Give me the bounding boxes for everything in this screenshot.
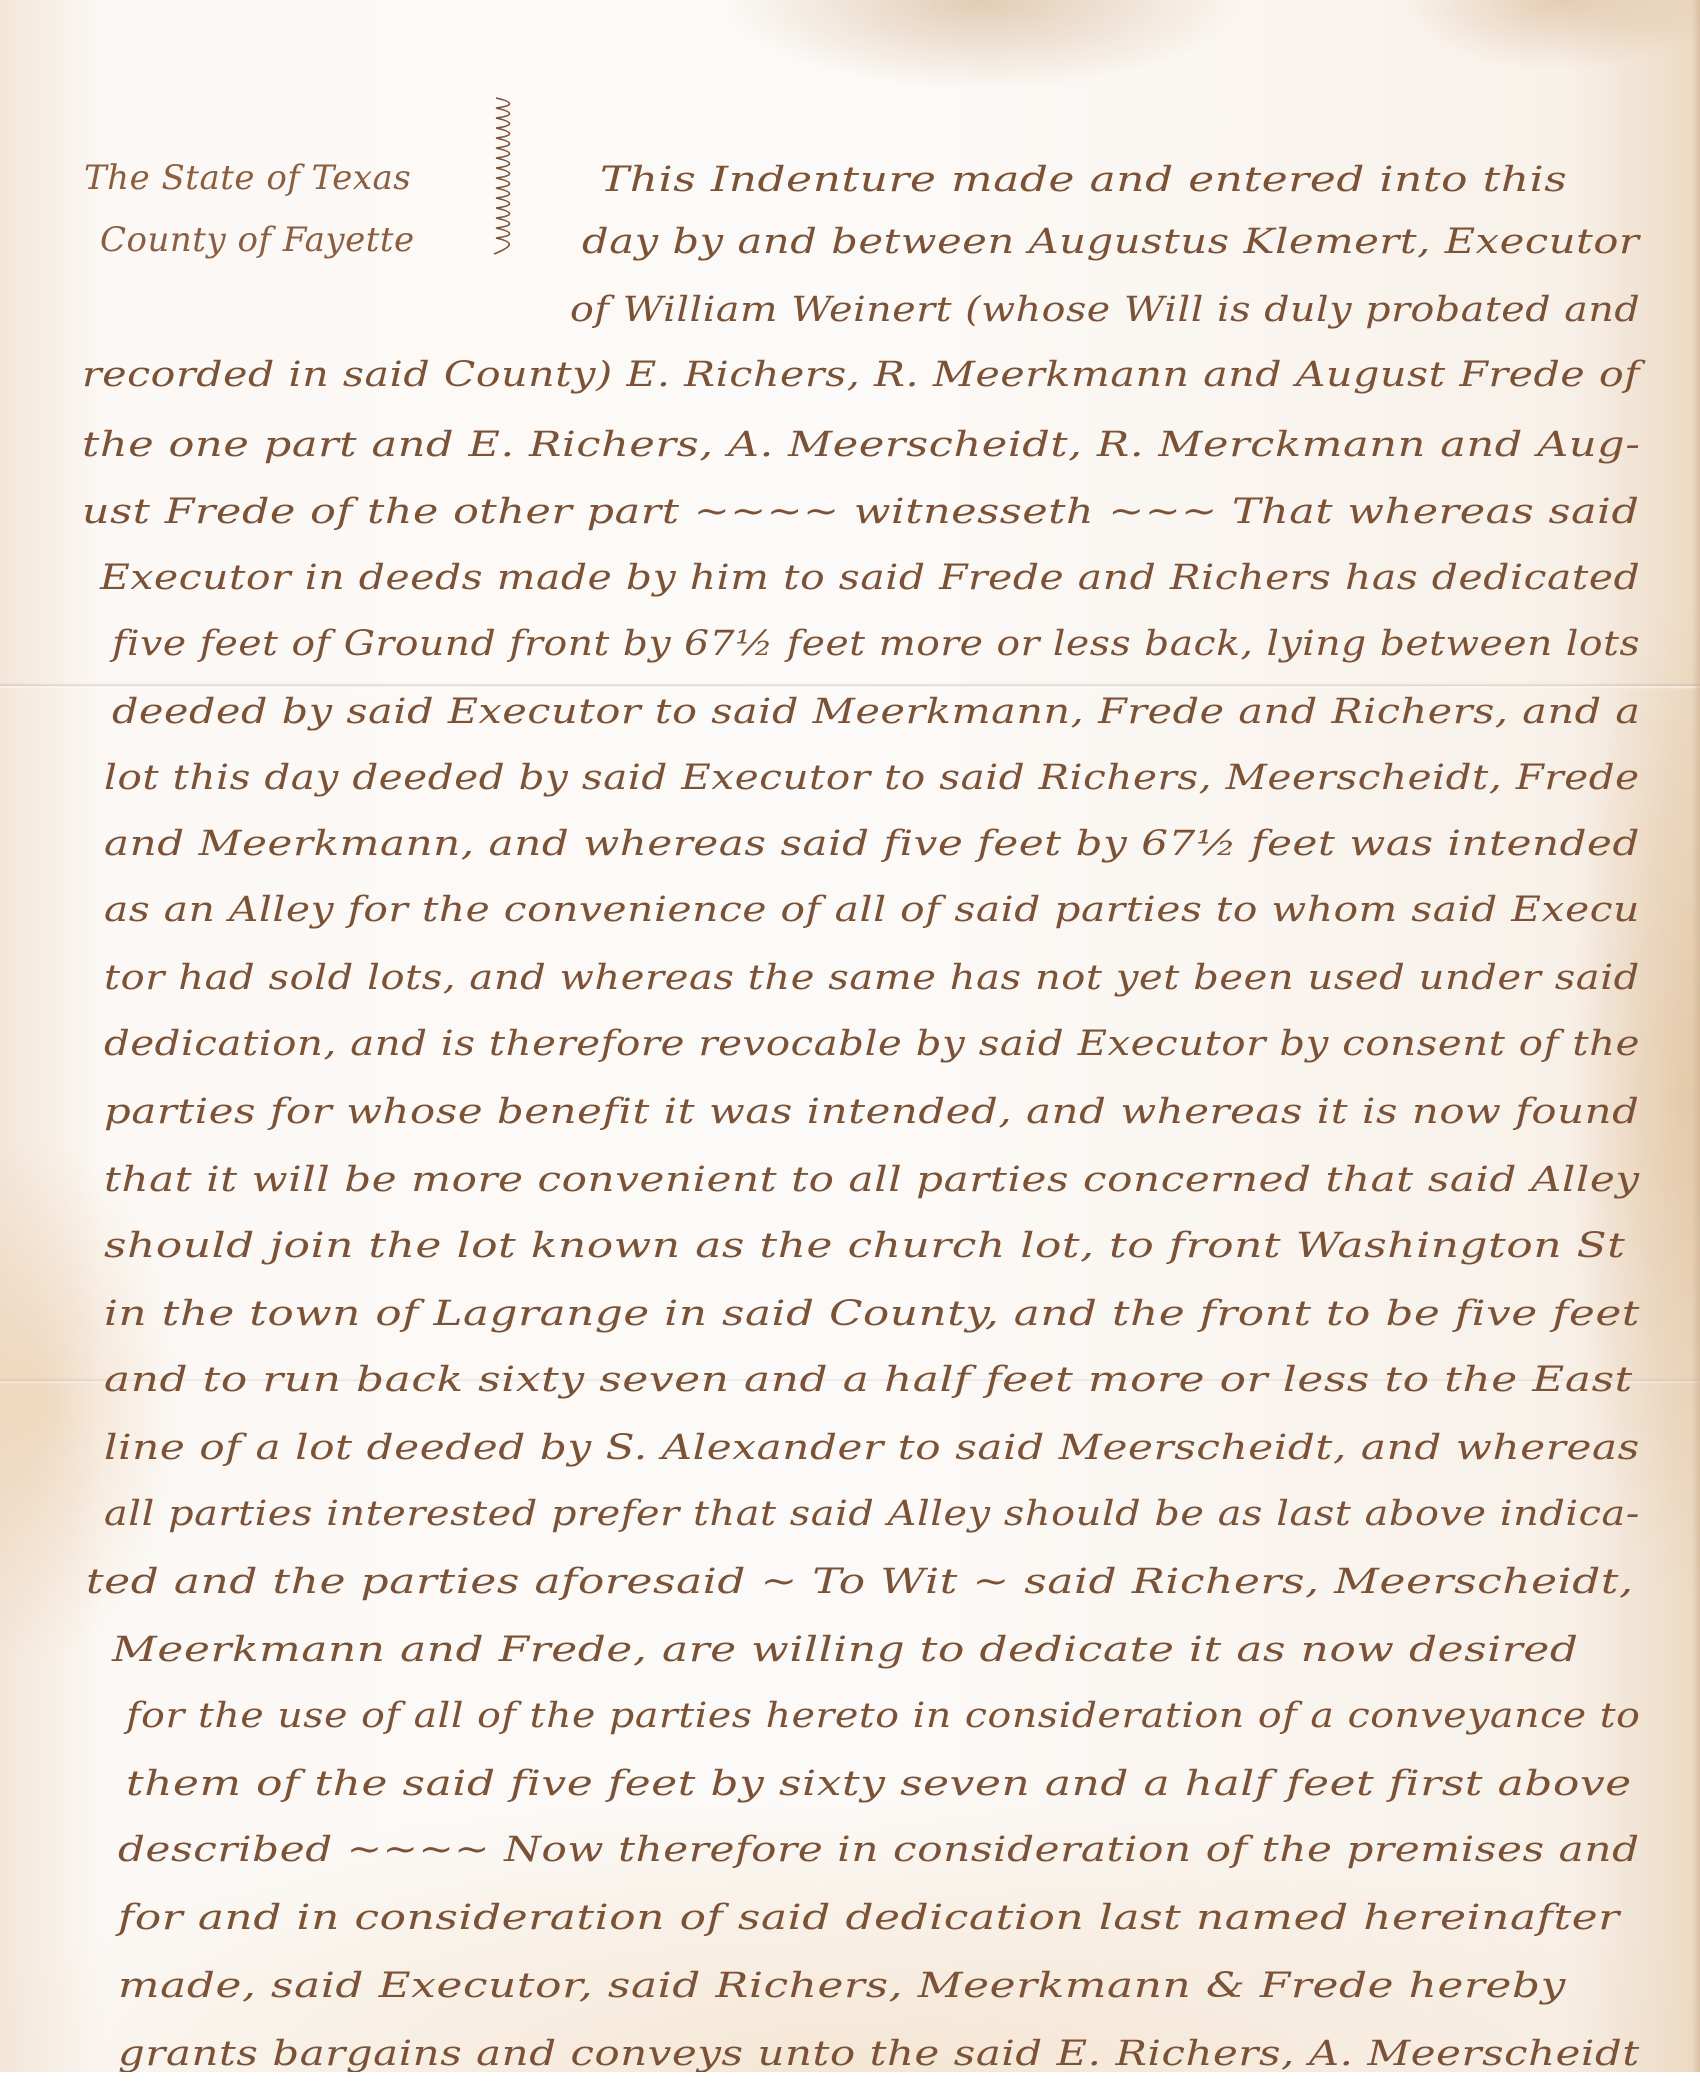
body-line: Meerkmann and Frede, are willing to dedi…: [112, 1630, 1579, 1670]
body-line: should join the lot known as the church …: [104, 1226, 1625, 1266]
body-line: day by and between Augustus Klemert, Exe…: [582, 222, 1640, 262]
body-line: parties for whose benefit it was intende…: [104, 1092, 1639, 1132]
body-line: as an Alley for the convenience of all o…: [104, 890, 1640, 930]
body-line: line of a lot deeded by S. Alexander to …: [104, 1428, 1640, 1468]
body-line: for the use of all of the parties hereto…: [126, 1696, 1640, 1736]
body-line: them of the said five feet by sixty seve…: [126, 1764, 1632, 1804]
paper-fold-line: [0, 683, 1700, 689]
body-line: tor had sold lots, and whereas the same …: [104, 958, 1640, 998]
body-line: dedication, and is therefore revocable b…: [104, 1024, 1640, 1064]
body-line: lot this day deeded by said Executor to …: [104, 758, 1640, 798]
body-line: This Indenture made and entered into thi…: [600, 160, 1567, 200]
body-line: five feet of Ground front by 67½ feet mo…: [112, 624, 1640, 664]
body-line: Executor in deeds made by him to said Fr…: [100, 558, 1640, 598]
body-line: for and in consideration of said dedicat…: [118, 1898, 1620, 1938]
body-line: grants bargains and conveys unto the sai…: [118, 2034, 1640, 2074]
scroll-brace-icon: [492, 96, 518, 256]
paper-edge: [1692, 0, 1700, 2087]
body-line: described ~~~~ Now therefore in consider…: [118, 1830, 1640, 1870]
body-line: of William Weinert (whose Will is duly p…: [570, 290, 1640, 330]
document-page: The State of Texas County of Fayette Thi…: [0, 0, 1700, 2087]
body-line: that it will be more convenient to all p…: [104, 1160, 1640, 1200]
body-line: and Meerkmann, and whereas said five fee…: [104, 824, 1640, 864]
body-line: in the town of Lagrange in said County, …: [104, 1294, 1640, 1334]
body-line: recorded in said County) E. Richers, R. …: [82, 355, 1640, 395]
header-state: The State of Texas: [84, 158, 411, 198]
body-line: all parties interested prefer that said …: [104, 1494, 1640, 1534]
body-line: the one part and E. Richers, A. Meersche…: [82, 425, 1640, 465]
scan-bottom-edge: [0, 2072, 1700, 2087]
body-line: ust Frede of the other part ~~~~ witness…: [82, 492, 1639, 532]
body-line: ted and the parties aforesaid ~ To Wit ~…: [86, 1562, 1634, 1602]
body-line: deeded by said Executor to said Meerkman…: [112, 692, 1641, 732]
body-line: made, said Executor, said Richers, Meerk…: [118, 1966, 1566, 2006]
body-line: and to run back sixty seven and a half f…: [104, 1360, 1633, 1400]
header-county: County of Fayette: [100, 220, 415, 260]
